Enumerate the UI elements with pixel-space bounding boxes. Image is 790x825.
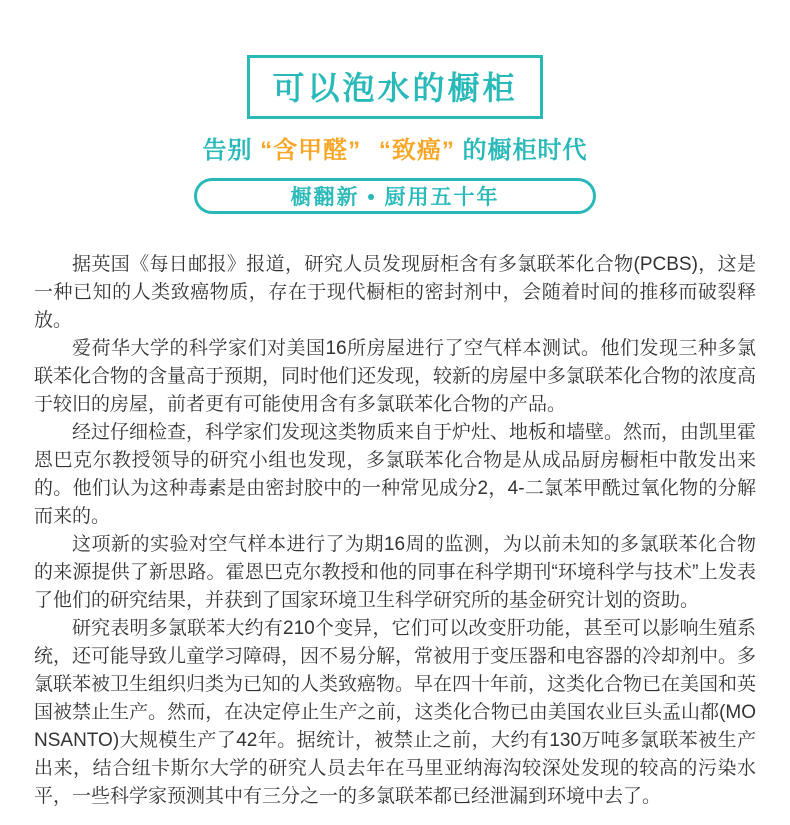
subtitle-segment-highlight: “含甲醛” <box>260 137 361 164</box>
article-paragraph: 爱荷华大学的科学家们对美国16所房屋进行了空气样本测试。他们发现三种多氯联苯化合… <box>34 335 756 419</box>
article-paragraph: 据英国《每日邮报》报道，研究人员发现厨柜含有多氯联苯化合物(PCBS)，这是一种… <box>34 251 756 335</box>
page-header: 可以泡水的橱柜 告别 “含甲醛” “致癌” 的橱柜时代 橱翻新 • 厨用五十年 <box>0 55 790 214</box>
article-paragraph: 经过仔细检查，科学家们发现这类物质来自于炉灶、地板和墙壁。然而，由凯里霍恩巴克尔… <box>34 419 756 531</box>
subtitle: 告别 “含甲醛” “致癌” 的橱柜时代 <box>0 130 790 165</box>
page-title: 可以泡水的橱柜 <box>247 55 542 119</box>
article-paragraph: 研究表明多氯联苯大约有210个变异，它们可以改变肝功能，甚至可以影响生殖系统，还… <box>34 615 756 811</box>
slogan-badge: 橱翻新 • 厨用五十年 <box>194 178 596 214</box>
subtitle-segment: 告别 <box>202 137 252 164</box>
subtitle-segment: 的橱柜时代 <box>463 137 588 164</box>
article-paragraph: 这项新的实验对空气样本进行了为期16周的监测，为以前未知的多氯联苯化合物的来源提… <box>34 531 756 615</box>
article-body: 据英国《每日邮报》报道，研究人员发现厨柜含有多氯联苯化合物(PCBS)，这是一种… <box>0 251 790 811</box>
subtitle-segment-highlight: “致癌” <box>379 137 455 164</box>
